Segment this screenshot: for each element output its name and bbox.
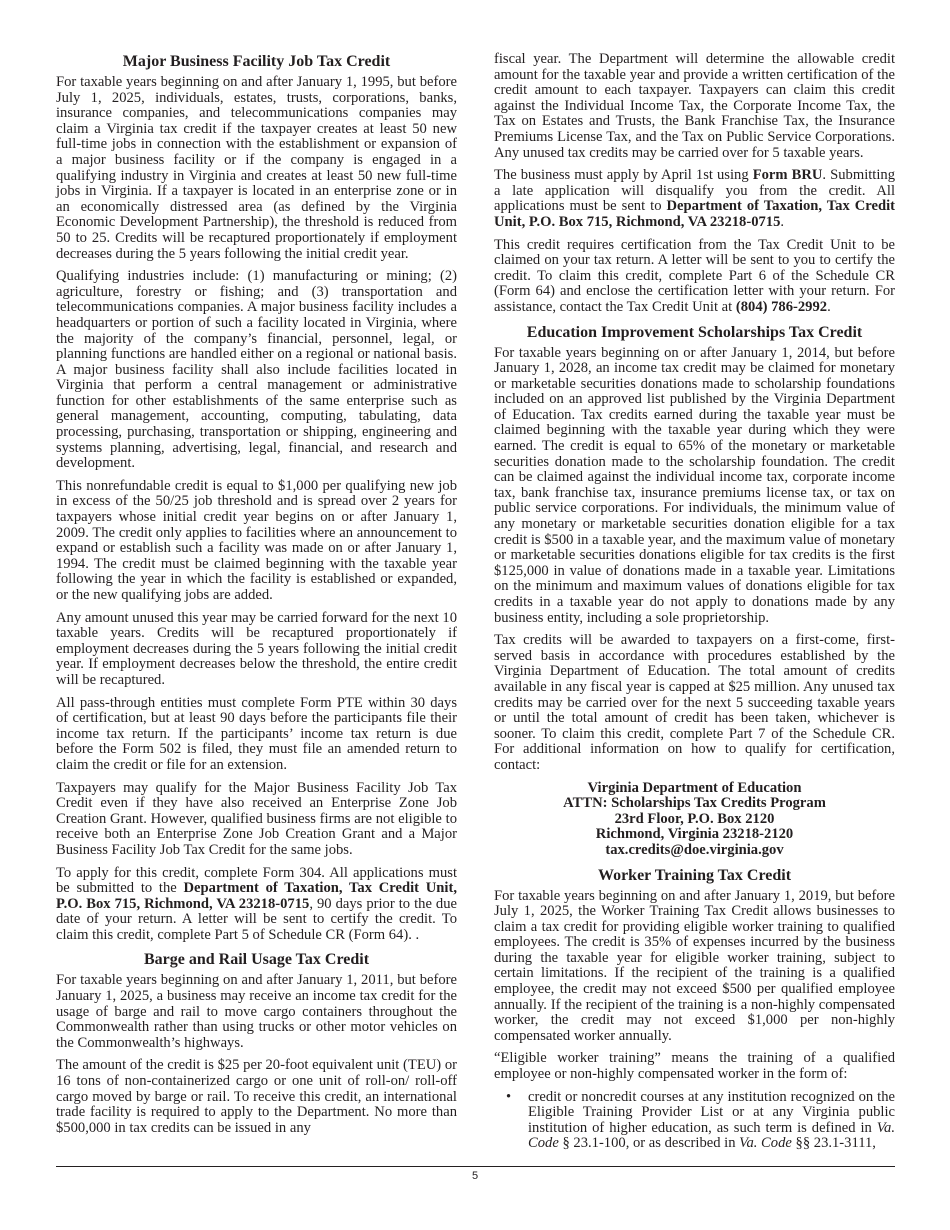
text-run: The business must apply by April 1st usi… — [494, 167, 753, 183]
bullet-icon: • — [506, 1090, 511, 1106]
paragraph: Any amount unused this year may be carri… — [56, 611, 457, 689]
list-item: •credit or noncredit courses at any inst… — [494, 1090, 895, 1152]
paragraph: The amount of the credit is $25 per 20-f… — [56, 1058, 457, 1136]
apply-paragraph: To apply for this credit, complete Form … — [56, 866, 457, 944]
text-run: credit or noncredit courses at any insti… — [528, 1089, 895, 1136]
paragraph: The business must apply by April 1st usi… — [494, 168, 895, 230]
paragraph: All pass-through entities must complete … — [56, 696, 457, 774]
italic-citation: Va. Code — [739, 1135, 792, 1151]
paragraph: For taxable years beginning on and after… — [494, 889, 895, 1045]
text-run: . — [827, 299, 831, 315]
doe-address-block: Virginia Department of Education ATTN: S… — [494, 781, 895, 859]
paragraph: Tax credits will be awarded to taxpayers… — [494, 633, 895, 773]
left-column: Major Business Facility Job Tax Credit F… — [56, 50, 457, 1143]
paragraph: This nonrefundable credit is equal to $1… — [56, 479, 457, 604]
paragraph: For taxable years beginning on or after … — [494, 346, 895, 627]
page-number: 5 — [0, 1170, 950, 1182]
heading-barge-rail: Barge and Rail Usage Tax Credit — [56, 950, 457, 969]
paragraph: Taxpayers may qualify for the Major Busi… — [56, 781, 457, 859]
phone-number: (804) 786-2992 — [736, 299, 827, 315]
email-address: tax.credits@doe.virginia.gov — [494, 843, 895, 859]
text-run: §§ 23.1-3111, — [792, 1135, 876, 1151]
document-page: Major Business Facility Job Tax Credit F… — [0, 0, 950, 1230]
heading-worker-training: Worker Training Tax Credit — [494, 866, 895, 885]
address-line: ATTN: Scholarships Tax Credits Program — [494, 796, 895, 812]
address-line: 23rd Floor, P.O. Box 2120 — [494, 812, 895, 828]
address-line: Virginia Department of Education — [494, 781, 895, 797]
text-run: . — [780, 214, 784, 230]
paragraph: For taxable years beginning on and after… — [56, 75, 457, 262]
address-line: Richmond, Virginia 23218-2120 — [494, 827, 895, 843]
right-column: fiscal year. The Department will determi… — [494, 52, 895, 1152]
paragraph: Qualifying industries include: (1) manuf… — [56, 269, 457, 472]
footer-divider — [56, 1166, 895, 1167]
paragraph: For taxable years beginning on and after… — [56, 973, 457, 1051]
heading-major-business-facility: Major Business Facility Job Tax Credit — [56, 52, 457, 71]
heading-education-improvement: Education Improvement Scholarships Tax C… — [494, 323, 895, 342]
paragraph: fiscal year. The Department will determi… — [494, 52, 895, 161]
paragraph: This credit requires certification from … — [494, 238, 895, 316]
text-run: This credit requires certification from … — [494, 237, 895, 315]
form-bru: Form BRU — [753, 167, 823, 183]
bullet-list: •credit or noncredit courses at any inst… — [494, 1090, 895, 1152]
text-run: § 23.1-100, or as described in — [559, 1135, 739, 1151]
paragraph: “Eligible worker training” means the tra… — [494, 1051, 895, 1082]
